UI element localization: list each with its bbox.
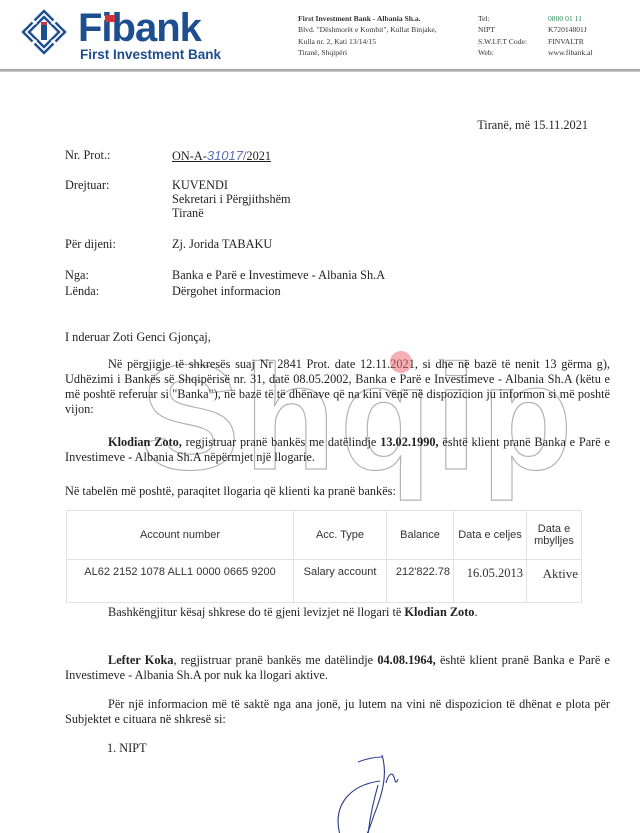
place-date: Tiranë, më 15.11.2021 — [477, 118, 588, 133]
brand-name: Fibank — [78, 6, 201, 50]
web-value: www.fibank.al — [548, 47, 593, 58]
intro-paragraph: Në përgjigje të shkresës suaj Nr 2841 Pr… — [65, 357, 610, 417]
table-intro: Në tabelën më poshtë, paraqitet llogaria… — [65, 484, 396, 499]
nipt-value: K72014801J — [548, 24, 593, 35]
subject-value: Dërgohet informacion — [172, 284, 281, 299]
from-value: Banka e Parë e Investimeve - Albania Sh.… — [172, 268, 385, 283]
contact-labels: Tel: NIPT S.W.I.F.T Code: Web: — [478, 13, 527, 58]
recipient-line: Tiranë — [172, 206, 291, 220]
attachment-text: Bashkëngjitur kësaj shkrese do të gjeni … — [108, 605, 404, 619]
cc-value: Zj. Jorida TABAKU — [172, 237, 272, 252]
list-item: 1. NIPT — [107, 741, 147, 756]
swift-value: FINVALTR — [548, 36, 593, 47]
client-1-paragraph: Klodian Zoto, regjistruar pranë bankës m… — [65, 435, 610, 465]
swift-label: S.W.I.F.T Code: — [478, 36, 527, 47]
company-address: First Investment Bank - Albania Sh.a. Bl… — [298, 13, 437, 58]
salutation: I nderuar Zoti Genci Gjonçaj, — [65, 330, 211, 345]
client-1-dob: 13.02.1990, — [380, 435, 438, 449]
table-row: AL62 2152 1078 ALL1 0000 0665 9200 Salar… — [67, 560, 582, 603]
address-line: Blvd. "Dëshmorët e Kombit", Kullat Binja… — [298, 24, 437, 35]
address-line: Tiranë, Shqipëri — [298, 47, 437, 58]
client-2-name: Lefter Koka — [108, 653, 173, 667]
client-1-text: regjistruar pranë bankës me datëlindje — [182, 435, 380, 449]
recipient-block: KUVENDI Sekretari i Përgjithshëm Tiranë — [172, 178, 291, 220]
signature-icon — [270, 755, 430, 833]
header-divider — [0, 69, 640, 72]
col-acc-type: Acc. Type — [294, 511, 387, 560]
company-name: First Investment Bank - Albania Sh.a. — [298, 13, 437, 24]
cell-opening-date: 16.05.2013 — [454, 560, 527, 603]
recipient-line: Sekretari i Përgjithshëm — [172, 192, 291, 206]
tel-label: Tel: — [478, 13, 527, 24]
table-header-row: Account number Acc. Type Balance Data e … — [67, 511, 582, 560]
cell-account-number: AL62 2152 1078 ALL1 0000 0665 9200 — [67, 560, 294, 603]
col-closing-date: Data e mbylljes — [527, 511, 582, 560]
web-label: Web: — [478, 47, 527, 58]
address-line: Kulla nr. 2, Kati 13/14/15 — [298, 36, 437, 47]
col-account-number: Account number — [67, 511, 294, 560]
attachment-client-name: Klodian Zoto — [404, 605, 474, 619]
account-table: Account number Acc. Type Balance Data e … — [66, 510, 582, 603]
attachment-note: Bashkëngjitur kësaj shkrese do të gjeni … — [108, 605, 478, 620]
brand-accent-mark — [105, 15, 115, 22]
recipient-line: KUVENDI — [172, 178, 291, 192]
cell-status: Aktive — [527, 560, 582, 603]
tel-value: 0800 01 11 — [548, 13, 593, 24]
prot-number: ON-A-31017/2021 — [172, 148, 271, 164]
col-opening-date: Data e celjes — [454, 511, 527, 560]
client-2-dob: 04.08.1964, — [377, 653, 435, 667]
nipt-label: NIPT — [478, 24, 527, 35]
prot-prefix: ON-A- — [172, 149, 207, 163]
subject-label: Lënda: — [65, 284, 99, 299]
col-balance: Balance — [387, 511, 454, 560]
fibank-diamond-logo-icon — [20, 8, 68, 56]
prot-handwritten-number: 31017 — [207, 148, 243, 163]
request-paragraph: Për një informacion më të saktë nga ana … — [65, 697, 610, 727]
to-label: Drejtuar: — [65, 178, 109, 193]
client-2-text: , regjistruar pranë bankës me datëlindje — [173, 653, 377, 667]
brand-subtitle: First Investment Bank — [80, 47, 221, 62]
from-label: Nga: — [65, 268, 89, 283]
cell-balance: 212'822.78 — [387, 560, 454, 603]
client-1-name: Klodian Zoto, — [108, 435, 182, 449]
prot-label: Nr. Prot.: — [65, 148, 110, 163]
cell-acc-type: Salary account — [294, 560, 387, 603]
marker-dot — [390, 351, 412, 373]
contact-values: 0800 01 11 K72014801J FINVALTR www.fiban… — [548, 13, 593, 58]
prot-suffix: /2021 — [243, 149, 271, 163]
client-2-paragraph: Lefter Koka, regjistruar pranë bankës me… — [65, 653, 610, 683]
cc-label: Për dijeni: — [65, 237, 116, 252]
